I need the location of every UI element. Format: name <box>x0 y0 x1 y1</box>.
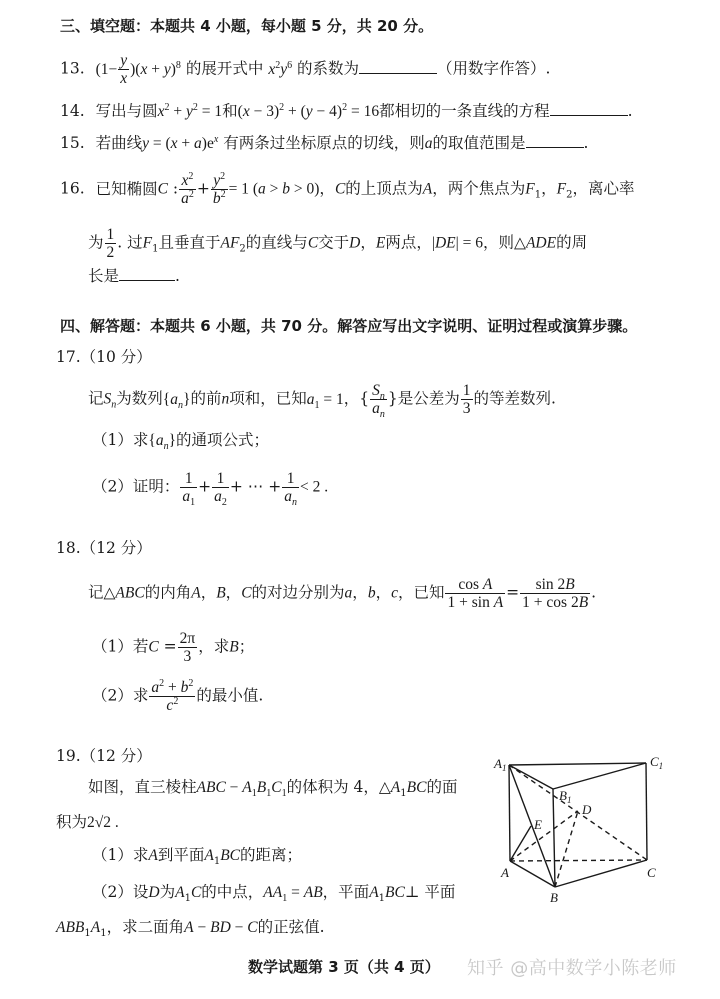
question-number: 13. <box>60 60 85 78</box>
q13-text: （用数字作答）. <box>437 60 550 78</box>
fraction-1-a2: 1a2 <box>212 470 229 505</box>
page-footer: 数学试题第 3 页（共 4 页） <box>248 956 440 977</box>
question-16-line-1: 16. 已知椭圆C :x2a2+y2b2= 1 (a > b > 0)，C的上顶… <box>60 172 635 207</box>
question-number: 16. <box>60 180 85 198</box>
q19-text: 的正弦值. <box>258 918 325 936</box>
question-number: 14. <box>60 102 85 120</box>
q19-text: 的面 <box>426 778 457 796</box>
answer-blank[interactable] <box>119 266 175 281</box>
q17-text: （2）证明： <box>92 478 179 496</box>
fraction-sin2B: sin 2B1 + cos 2B <box>520 576 590 611</box>
q18-text: 的内角 <box>145 584 192 602</box>
q16-text: 的上顶点为 <box>345 180 423 198</box>
fraction-1-an: 1an <box>282 470 299 505</box>
q18-text: 记△ <box>88 584 115 602</box>
question-13: 13. (1−yx)(x + y)8 的展开式中 x2y6 的系数为（用数字作答… <box>60 52 550 87</box>
q19-text: 的距离； <box>240 846 302 864</box>
q16-text: ，两个焦点为 <box>432 180 525 198</box>
q14-text: 都相切的一条直线的方程 <box>379 102 550 120</box>
q17-text: ， <box>344 390 360 408</box>
q18-text: ，求 <box>198 638 229 656</box>
section-3-header: 三、填空题：本题共 4 小题，每小题 5 分，共 20 分。 <box>60 16 433 36</box>
label-E: E <box>533 817 542 832</box>
q18-text: ，已知 <box>398 584 445 602</box>
q19-text: 到平面 <box>158 846 205 864</box>
q13-text: 的展开式中 <box>186 60 264 78</box>
q16-text: . 过 <box>117 234 142 252</box>
fraction-x2-a2: x2a2 <box>179 172 196 207</box>
q19-text: ，求二面角 <box>107 918 185 936</box>
q19-text: 的体积为 4，△ <box>287 778 391 796</box>
fraction-y-over-x: yx <box>118 52 129 87</box>
q15-text: 若曲线 <box>96 134 143 152</box>
fraction-2pi-3: 2π3 <box>178 630 198 665</box>
label-B1: B1 <box>559 788 571 805</box>
q16-text: 长是 <box>88 267 119 285</box>
question-number: 15. <box>60 134 85 152</box>
question-19-part-2: （2）设D为A1C的中点，AA1 = AB，平面A1BC⊥ 平面 <box>92 882 455 903</box>
section-4-header: 四、解答题：本题共 6 小题，共 70 分。解答应写出文字说明、证明过程或演算步… <box>60 316 637 336</box>
prism-diagram: A1 C1 B1 D E A C B <box>490 750 690 910</box>
question-16-line-3: 长是. <box>88 266 180 286</box>
question-17-part-2: （2）证明：1a1+1a2+ ⋯ +1an< 2 . <box>92 470 328 505</box>
q18-text: （2）求 <box>92 687 148 705</box>
label-A: A <box>500 865 509 880</box>
fraction-1-a1: 1a1 <box>180 470 197 505</box>
question-15: 15. 若曲线y = (x + a)ex 有两条过坐标原点的切线，则a的取值范围… <box>60 133 588 154</box>
q16-text: 的周 <box>556 234 587 252</box>
q19-text: （2）设 <box>92 883 148 901</box>
q17-text: 为数列 <box>116 390 163 408</box>
q19-text: （1）求 <box>92 846 148 864</box>
q16-text: ，离心率 <box>572 180 634 198</box>
question-17-stem: 记Sn为数列{an}的前n项和，已知a1 = 1，{Snan}是公差为13的等差… <box>88 382 556 417</box>
q19-text: 的中点， <box>201 883 263 901</box>
q19-text: 为 <box>160 883 176 901</box>
q16-text: 的直线与 <box>246 234 308 252</box>
q15-text: 的取值范围是 <box>433 134 526 152</box>
label-C: C <box>647 865 656 880</box>
question-18-heading: 18.（12 分） <box>56 538 152 558</box>
question-17-heading: 17.（10 分） <box>56 347 152 367</box>
q16-text: 两点， <box>385 234 432 252</box>
q18-text: 的最小值. <box>196 687 263 705</box>
q19-text: 如图，直三棱柱 <box>88 778 197 796</box>
q17-text: 的等差数列. <box>474 390 556 408</box>
question-18-stem: 记△ABC的内角A，B，C的对边分别为a，b，c，已知cos A1 + sin … <box>88 576 596 611</box>
label-B: B <box>550 890 558 905</box>
question-17-part-1: （1）求{an}的通项公式； <box>92 430 269 451</box>
q16-text: ，则 <box>483 234 514 252</box>
q17-text: 的通项公式； <box>176 431 269 449</box>
fraction-a2b2-c2: a2 + b2c2 <box>149 679 195 714</box>
fraction-cosA: cos A1 + sin A <box>445 576 505 611</box>
q17-text: （1）求 <box>92 431 148 449</box>
q18-text: 的对边分别为 <box>252 584 345 602</box>
q19-text: 积为 <box>56 813 87 831</box>
answer-blank[interactable] <box>526 133 584 148</box>
q17-text: 是公差为 <box>398 390 460 408</box>
q14-text: 和 <box>222 102 238 120</box>
q16-text: 已知椭圆 <box>96 180 158 198</box>
answer-blank[interactable] <box>550 101 628 116</box>
question-19-line-2: 积为2√2 . <box>56 812 119 833</box>
q18-text: （1）若 <box>92 638 148 656</box>
fraction-one-third: 13 <box>461 382 473 417</box>
q16-text: 且垂直于 <box>158 234 220 252</box>
watermark: 知乎 @高中数学小陈老师 <box>467 954 677 980</box>
question-18-part-2: （2）求a2 + b2c2的最小值. <box>92 679 263 714</box>
question-19-heading: 19.（12 分） <box>56 746 152 766</box>
q17-text: 的前 <box>190 390 221 408</box>
question-19-line-last: ABB1A1，求二面角A − BD − C的正弦值. <box>56 917 325 938</box>
q17-text: 记 <box>88 390 104 408</box>
question-19-part-1: （1）求A到平面A1BC的距离； <box>92 845 302 866</box>
fraction-one-half: 12 <box>105 226 117 261</box>
answer-blank[interactable] <box>359 59 437 74</box>
q14-text: 写出与圆 <box>96 102 158 120</box>
q16-text: 为 <box>88 234 104 252</box>
label-D: D <box>581 802 592 817</box>
q19-text: ，平面 <box>323 883 370 901</box>
q17-text: 项和，已知 <box>229 390 307 408</box>
q19-text: ⊥ 平面 <box>405 883 456 901</box>
fraction-sn-an: Snan <box>370 382 387 417</box>
q18-text: ； <box>239 638 255 656</box>
question-16-line-2: 为12. 过F1且垂直于AF2的直线与C交于D，E两点，|DE| = 6，则△A… <box>88 226 587 261</box>
q15-text: 有两条过坐标原点的切线，则 <box>223 134 425 152</box>
question-19-line-1: 如图，直三棱柱ABC − A1B1C1的体积为 4，△A1BC的面 <box>88 777 457 798</box>
q16-text: 交于 <box>318 234 349 252</box>
label-A1: A1 <box>493 756 506 773</box>
question-18-part-1: （1）若C =2π3，求B； <box>92 630 254 665</box>
fraction-y2-b2: y2b2 <box>211 172 228 207</box>
q16-text: ， <box>319 180 335 198</box>
q13-text: 的系数为 <box>297 60 359 78</box>
question-14: 14. 写出与圆x2 + y2 = 1和(x − 3)2 + (y − 4)2 … <box>60 101 633 122</box>
label-C1: C1 <box>650 754 663 771</box>
